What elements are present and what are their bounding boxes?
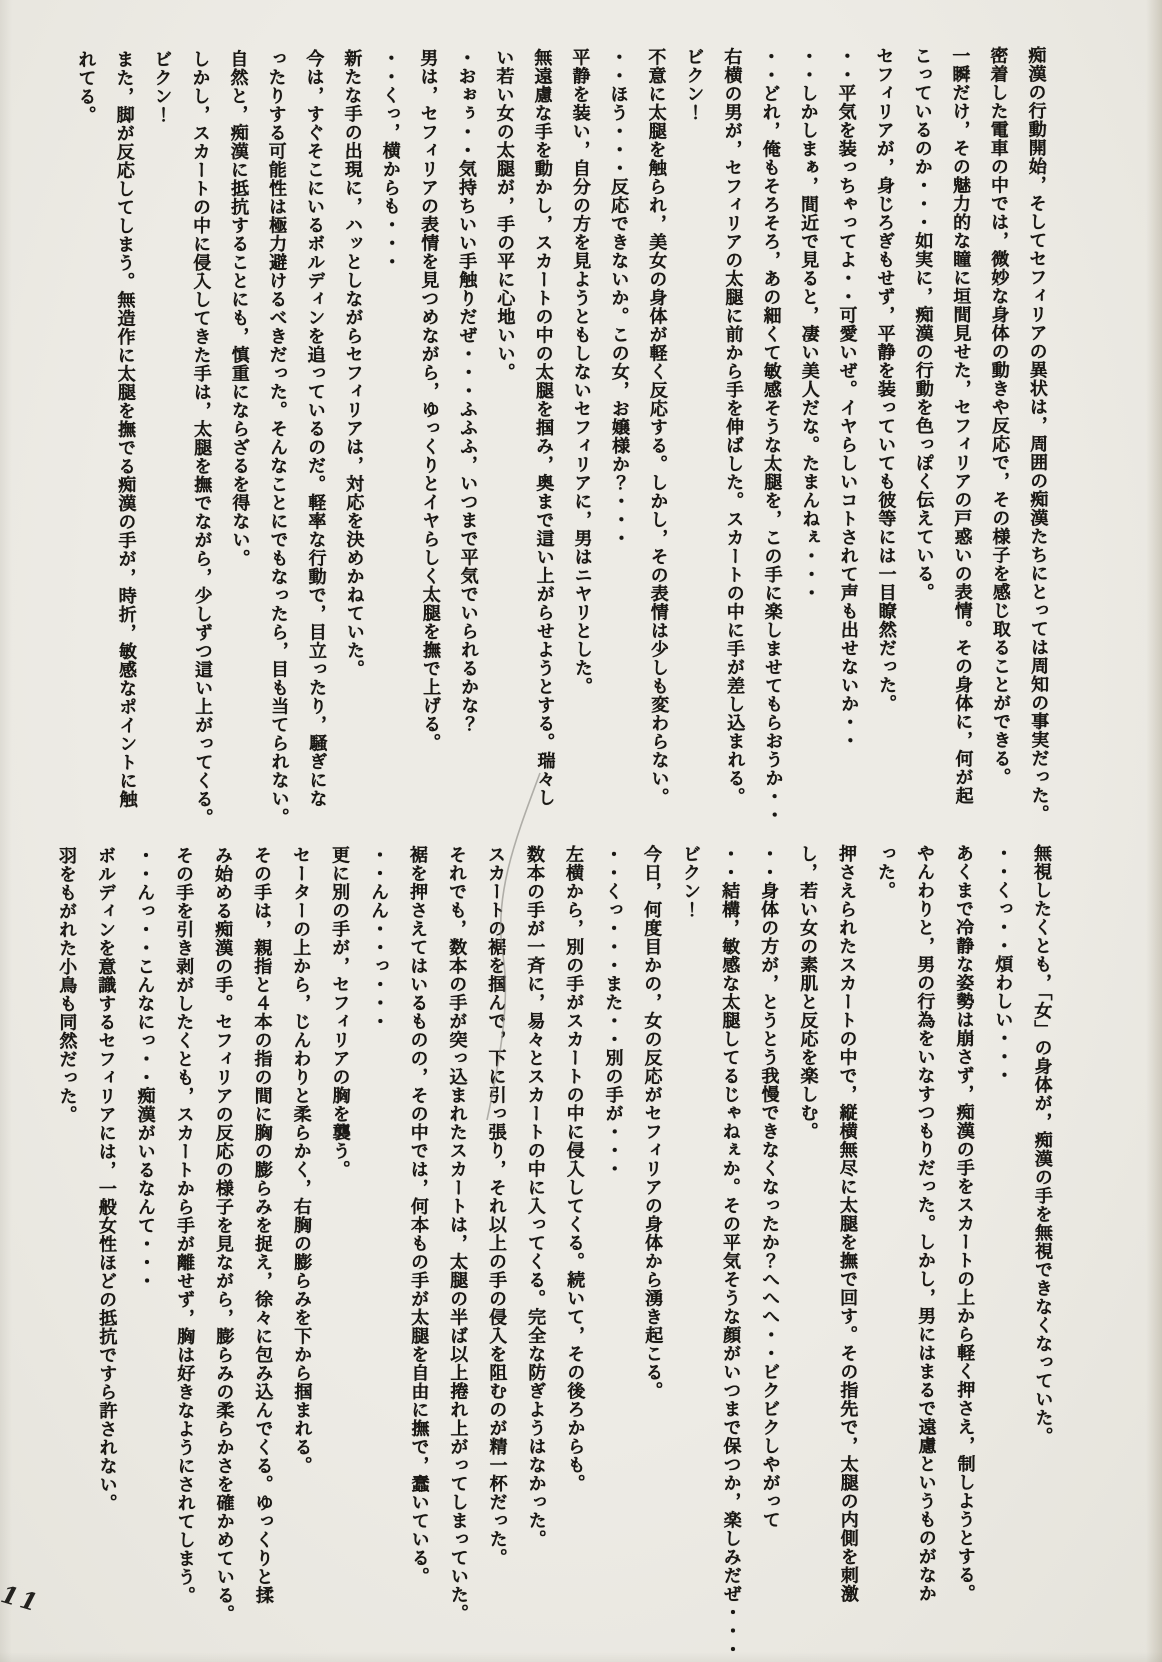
text-column: ボルディンを意識するセフィリアには，一般女性ほどの抵抗ですら許されない。 <box>86 846 127 1662</box>
text-column: ・・ほう・・・反応できないか。この女，お嬢様か？・・・ <box>598 48 639 820</box>
text-column: 裾を押さえてはいるものの，その中では，何本もの手が太腿を自由に撫で，蠢いている。 <box>398 845 439 1662</box>
text-column: こっているのか・・・如実に，痴漢の行動を色っぽく伝えている。 <box>902 46 943 818</box>
text-column: 今日，何度目かの，女の反応がセフィリアの身体から湧き起こる。 <box>632 845 673 1662</box>
scanned-page: 痴漢の行動開始，そしてセフィリアの異状は，周囲の痴漢たちにとっては周知の事実だっ… <box>0 0 1162 1662</box>
text-column: ・・身体の方が，とうとう我慢できなくなったか？へへへ・・ビクビクしやがって <box>749 844 790 1662</box>
text-column: 左横から，別の手がスカートの中に侵入してくる。続いて，その後ろからも。 <box>554 845 595 1662</box>
text-column: ・・しかしまぁ，間近で見ると，凄い美人だな。たまんねぇ・・・ <box>788 47 829 819</box>
text-column: しかし，スカートの中に侵入してきた手は，太腿を撫でながら，少しずつ這い上がってく… <box>180 49 221 821</box>
text-column: ビクン！ <box>142 50 183 822</box>
text-column: あくまで冷静な姿勢は崩さず，痴漢の手をスカートの上から軽く押さえ，制しようとする… <box>944 844 985 1662</box>
text-column: スカートの裾を掴んで，下に引っ張り，それ以上の手の侵入を阻むのが精一杯だった。 <box>476 845 517 1662</box>
text-column: し，若い女の素肌と反応を楽しむ。 <box>788 844 829 1662</box>
text-column: ・・どれ，俺もそろそろ，あの細くて敏感そうな太腿を，この手に楽しませてもらおうか… <box>750 47 791 819</box>
text-column: また，脚が反応してしまう。無造作に太腿を撫でる痴漢の手が，時折，敏感なポイントに… <box>104 50 145 822</box>
text-column: その手を引き剥がしたくとも，スカートから手が離せず，胸は好きなようにされてしまう… <box>164 846 205 1662</box>
text-column: セフィリアが，身じろぎもせず，平静を装っていても彼等には一目瞭然だった。 <box>864 47 905 819</box>
text-column: ・・んっ・・こんなにっ・・痴漢がいるなんて・・・ <box>125 846 166 1662</box>
text-column: ビクン！ <box>674 47 715 819</box>
text-column: ・・くっ，横からも・・・ <box>370 49 411 821</box>
text-column: ・・んん・・っ・・・ <box>359 845 400 1662</box>
page-number: 11 <box>0 1579 44 1618</box>
text-column: 右横の男が，セフィリアの太腿に前から手を伸ばした。スカートの中に手が差し込まれる… <box>712 47 753 819</box>
text-column: 一瞬だけ，その魅力的な瞳に垣間見せた，セフィリアの戸惑いの表情。その身体に，何が… <box>940 46 981 818</box>
text-column: ・・結構，敏感な太腿してるじゃねぇか。その平気そうな顔がいつまで保つか，楽しみだ… <box>710 844 751 1662</box>
text-column: セーターの上から，じんわりと柔らかく，右胸の膨らみを下から掴まれる。 <box>281 846 322 1662</box>
text-column: った。 <box>866 844 907 1662</box>
text-column: ・・くっ・・・また・・別の手が・・・ <box>593 845 634 1662</box>
text-column: 不意に太腿を触られ，美女の身体が軽く反応する。しかし，その表情は少しも変わらない… <box>636 48 677 820</box>
text-column: れてる。 <box>66 50 107 822</box>
text-column: ・・平気を装っちゃってよ・・可愛いぜ。イヤらしいコトされて声も出せないか・・ <box>826 47 867 819</box>
text-column: ・・くっ・・煩わしい・・・ <box>983 844 1024 1662</box>
text-column: 今は，すぐそこにいるボルディンを追っているのだ。軽率な行動で，目立ったり，騒ぎに… <box>294 49 335 821</box>
text-column: み始める痴漢の手。セフィリアの反応の様子を見ながら，膨らみの柔らかさを確かめてい… <box>203 846 244 1662</box>
text-column: 密着した電車の中では，微妙な身体の動きや反応で，その様子を感じ取ることができる。 <box>978 46 1019 818</box>
text-column: 更に別の手が，セフィリアの胸を襲う。 <box>320 846 361 1662</box>
text-column: 新たな手の出現に，ハッとしながらセフィリアは，対応を決めかねていた。 <box>332 49 373 821</box>
text-column: い若い女の太腿が，手の平に心地いい。 <box>484 48 525 820</box>
text-column: 自然と，痴漢に抵抗することにも，慎重にならざるを得ない。 <box>218 49 259 821</box>
text-column: 痴漢の行動開始，そしてセフィリアの異状は，周囲の痴漢たちにとっては周知の事実だっ… <box>1016 46 1057 818</box>
text-block-top: 痴漢の行動開始，そしてセフィリアの異状は，周囲の痴漢たちにとっては周知の事実だっ… <box>66 46 1057 822</box>
text-column: 羽をもがれた小鳥も同然だった。 <box>47 846 88 1662</box>
text-column: ったりする可能性は極力避けるべきだった。そんなことにでもなったら，目も当てられな… <box>256 49 297 821</box>
text-column: 男は，セフィリアの表情を見つめながら，ゆっくりとイヤらしく太腿を撫で上げる。 <box>408 49 449 821</box>
text-column: 無遠慮な手を動かし，スカートの中の太腿を掴み，奥まで這い上がらせようとする。瑞々… <box>522 48 563 820</box>
text-column: 押さえられたスカートの中で，縦横無尽に太腿を撫で回す。その指先で，太腿の内側を刺… <box>827 844 868 1662</box>
text-column: やんわりと，男の行為をいなすつもりだった。しかし，男にはまるで遠慮というものがな… <box>905 844 946 1662</box>
text-column: 無視したくとも，「女」の身体が，痴漢の手を無視できなくなっていた。 <box>1022 844 1063 1662</box>
text-column: それでも，数本の手が突っ込まれたスカートは，太腿の半ば以上捲れ上がってしまってい… <box>437 845 478 1662</box>
text-column: その手は，親指と４本の指の間に胸の膨らみを捉え，徐々に包み込んでくる。ゆっくりと… <box>242 846 283 1662</box>
text-block-bottom: 無視したくとも，「女」の身体が，痴漢の手を無視できなくなっていた。・・くっ・・煩… <box>47 844 1063 1662</box>
text-column: ビクン！ <box>671 845 712 1662</box>
text-column: 平静を装い，自分の方を見ようともしないセフィリアに，男はニヤリとした。 <box>560 48 601 820</box>
text-column: ・おぉぅ・・気持ちいい手触りだぜ・・・ふふふ，いつまで平気でいられるかな？ <box>446 48 487 820</box>
text-column: 数本の手が一斉に，易々とスカートの中に入ってくる。完全な防ぎようはなかった。 <box>515 845 556 1662</box>
